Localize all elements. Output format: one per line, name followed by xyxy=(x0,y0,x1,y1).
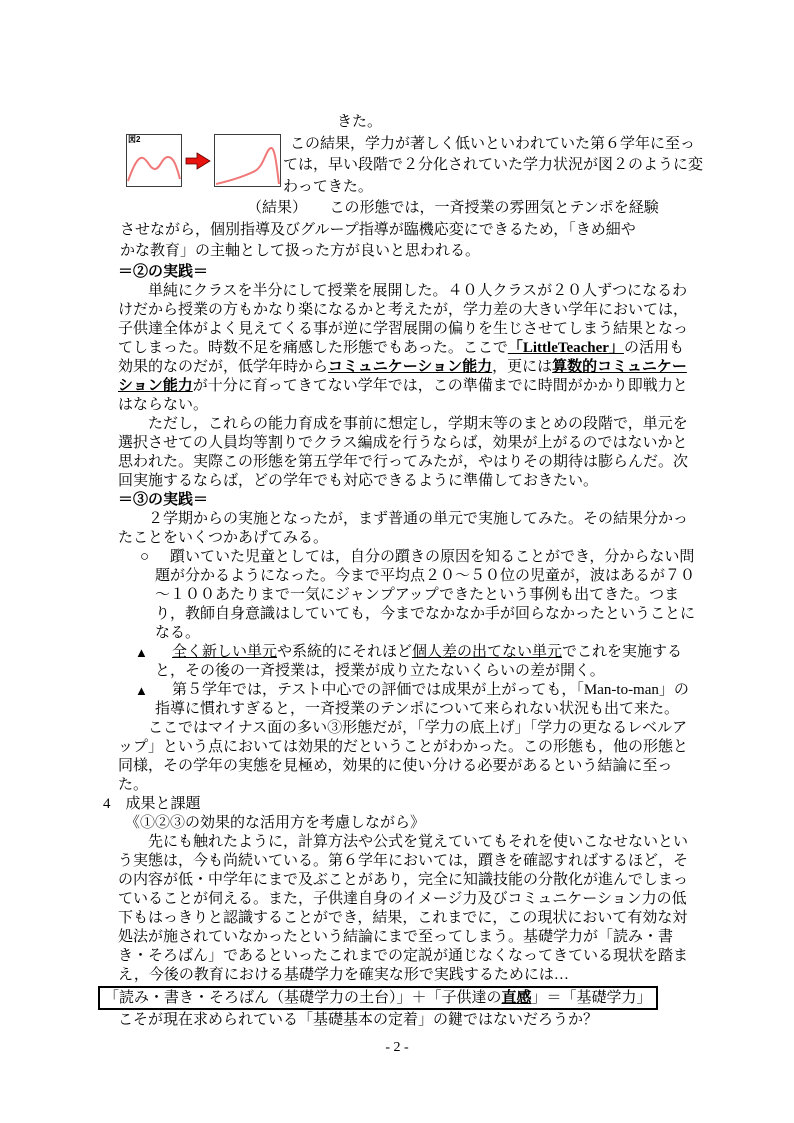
document-page: 図2 きた。 この結果，学力が著しく低いといわれていた第６学年に至っ ては，早い… xyxy=(0,0,794,1123)
body-line: （結果） この形態では，一斉授業の雰囲気とテンポを経験 xyxy=(247,198,698,220)
arrow-right-icon xyxy=(185,152,211,170)
man-to-man-term: Man-to-man xyxy=(584,682,659,698)
communication-ability-term: コミュニケーション能力 xyxy=(328,359,492,375)
histogram-before-box: 図2 xyxy=(126,134,182,187)
page-number: - 2 - xyxy=(0,1040,794,1056)
run: や系統的にそれほど xyxy=(277,644,412,660)
run: ，更には xyxy=(492,359,552,375)
heading-practice-3: ＝③の実践＝ xyxy=(118,491,698,510)
final-question-line: こそが現在求められている「基礎基本の定着」の鍵ではないだろうか？ xyxy=(118,1011,698,1030)
run: 第５学年では，テスト中心での評価では成果が上がっても，「 xyxy=(172,682,584,698)
body-line: ては，早い段階で２分化されていた学力状況が図２のように変 xyxy=(283,155,698,177)
body-line: きた。 xyxy=(337,112,698,134)
document-content: 図2 きた。 この結果，学力が著しく低いといわれていた第６学年に至っ ては，早い… xyxy=(118,112,698,1030)
intuition-term: 直感 xyxy=(502,990,532,1006)
basic-academic-ability-formula-box: 「読み・書き・そろばん（基礎学力の土台）」＋「子供達の直感」＝「基礎学力」 xyxy=(98,986,658,1010)
subheading-effective-use: 《①②③の効果的な活用方を考慮しながら》 xyxy=(125,814,698,833)
practice-3-closing: ここではマイナス面の多い③形態だが，「学力の底上げ」「学力の更なるレベルアップ」… xyxy=(118,719,698,795)
body-line: させながら，個別指導及びグループ指導が臨機応変にできるため，「きめ細や xyxy=(120,220,698,242)
histogram-after-box xyxy=(214,134,281,187)
run: 「読み・書き・そろばん（基礎学力の土台）」＋「子供達の xyxy=(104,990,502,1006)
figure-label: 図2 xyxy=(128,135,140,144)
list-item-negative-2: ▲第５学年では，テスト中心での評価では成果が上がっても，「Man-to-man」… xyxy=(118,681,698,719)
right-skewed-distribution-curve xyxy=(215,135,280,186)
body-line: かな教育」の主軸として扱った方が良いと思われる。 xyxy=(120,241,698,263)
triangle-bullet: ▲ xyxy=(135,643,148,662)
little-teacher-term: 「LittleTeacher」 xyxy=(508,340,624,356)
list-item-positive: ○躓いていた児童としては，自分の躓きの原因を知ることができ，分からない問題が分か… xyxy=(118,548,698,643)
practice-2-paragraph-1: 単純にクラスを半分にして授業を展開した。４０人クラスが２０人ずつになるわけだから… xyxy=(118,282,698,415)
no-individual-difference-term: 個人差の出てない単元 xyxy=(412,644,562,660)
circle-bullet: ○ xyxy=(140,548,149,567)
run: が十分に育ってきてない学年では，この準備までに時間がかかり即戦力とはならない。 xyxy=(118,378,688,413)
run: 躓いていた児童としては，自分の躓きの原因を知ることができ，分からない問題が分かる… xyxy=(155,549,695,641)
body-line: この結果，学力が著しく低いといわれていた第６学年に至っ xyxy=(290,134,698,156)
result-paragraph-with-figure: 図2 きた。 この結果，学力が著しく低いといわれていた第６学年に至っ ては，早い… xyxy=(118,112,698,263)
figure-2: 図2 xyxy=(126,134,281,187)
list-item-negative-1: ▲全く新しい単元や系統的にそれほど個人差の出てない単元でこれを実施すると，その後… xyxy=(118,643,698,681)
results-body-paragraph: 先にも触れたように，計算方法や公式を覚えていてもそれを使いこなせないという実態は… xyxy=(118,833,698,985)
heading-results-and-issues: 4 成果と課題 xyxy=(103,795,698,814)
practice-2-paragraph-2: ただし，これらの能力育成を事前に想定し，学期末等のまとめの段階で，単元を選択させ… xyxy=(118,415,698,491)
body-line: わってきた。 xyxy=(283,177,698,199)
heading-practice-2: ＝②の実践＝ xyxy=(118,263,698,282)
triangle-bullet: ▲ xyxy=(135,681,148,700)
new-unit-term: 全く新しい単元 xyxy=(172,644,277,660)
practice-3-intro: ２学期からの実施となったが，まず普通の単元で実施してみた。その結果分かったことを… xyxy=(118,510,698,548)
run: 」＝「基礎学力」 xyxy=(532,990,652,1006)
